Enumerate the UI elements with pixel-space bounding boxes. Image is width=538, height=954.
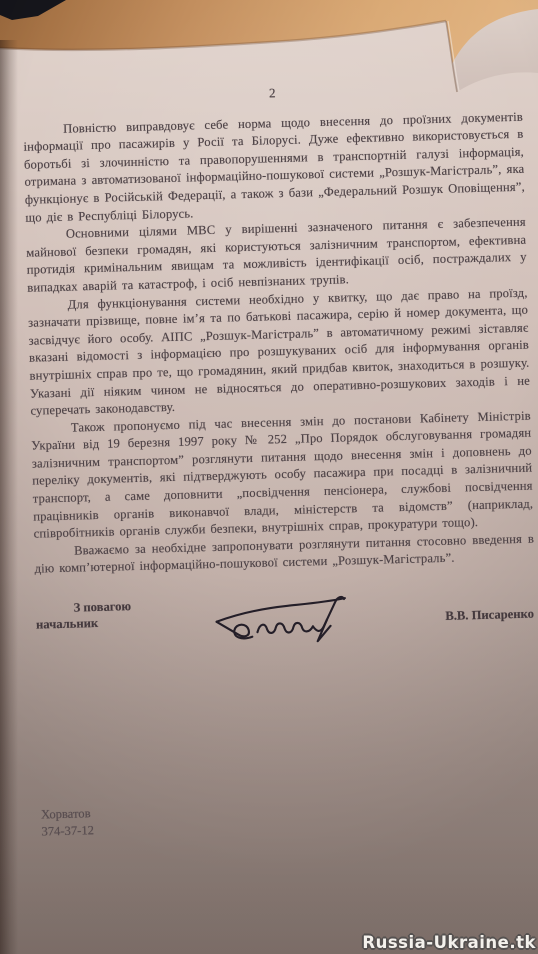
signature: [213, 588, 365, 655]
watermark: Russia-Ukraine.tk: [362, 933, 536, 952]
paragraph-3: Для функціонування системи необхідно у к…: [27, 284, 530, 420]
paragraph-1: Повністю виправдовує себе норма щодо вне…: [23, 108, 526, 227]
closing-left: З повагою начальник: [35, 598, 131, 632]
paragraph-4: Також пропонуємо під час внесення змін д…: [31, 407, 534, 543]
signature-stroke: [213, 588, 364, 650]
document-text: 2 Повністю виправдовує себе норма щодо в…: [22, 78, 538, 840]
closing-block: З повагою начальник В.В. Писаренко: [35, 588, 536, 661]
signer-position: начальник: [36, 614, 132, 632]
salutation: З повагою: [35, 598, 131, 616]
signer-name: В.В. Писаренко: [445, 606, 536, 626]
photo-scene: 2 Повністю виправдовує себе норма щодо в…: [0, 0, 538, 954]
paragraph-2: Основними цілями МВС у вирішенні зазначе…: [26, 214, 528, 297]
